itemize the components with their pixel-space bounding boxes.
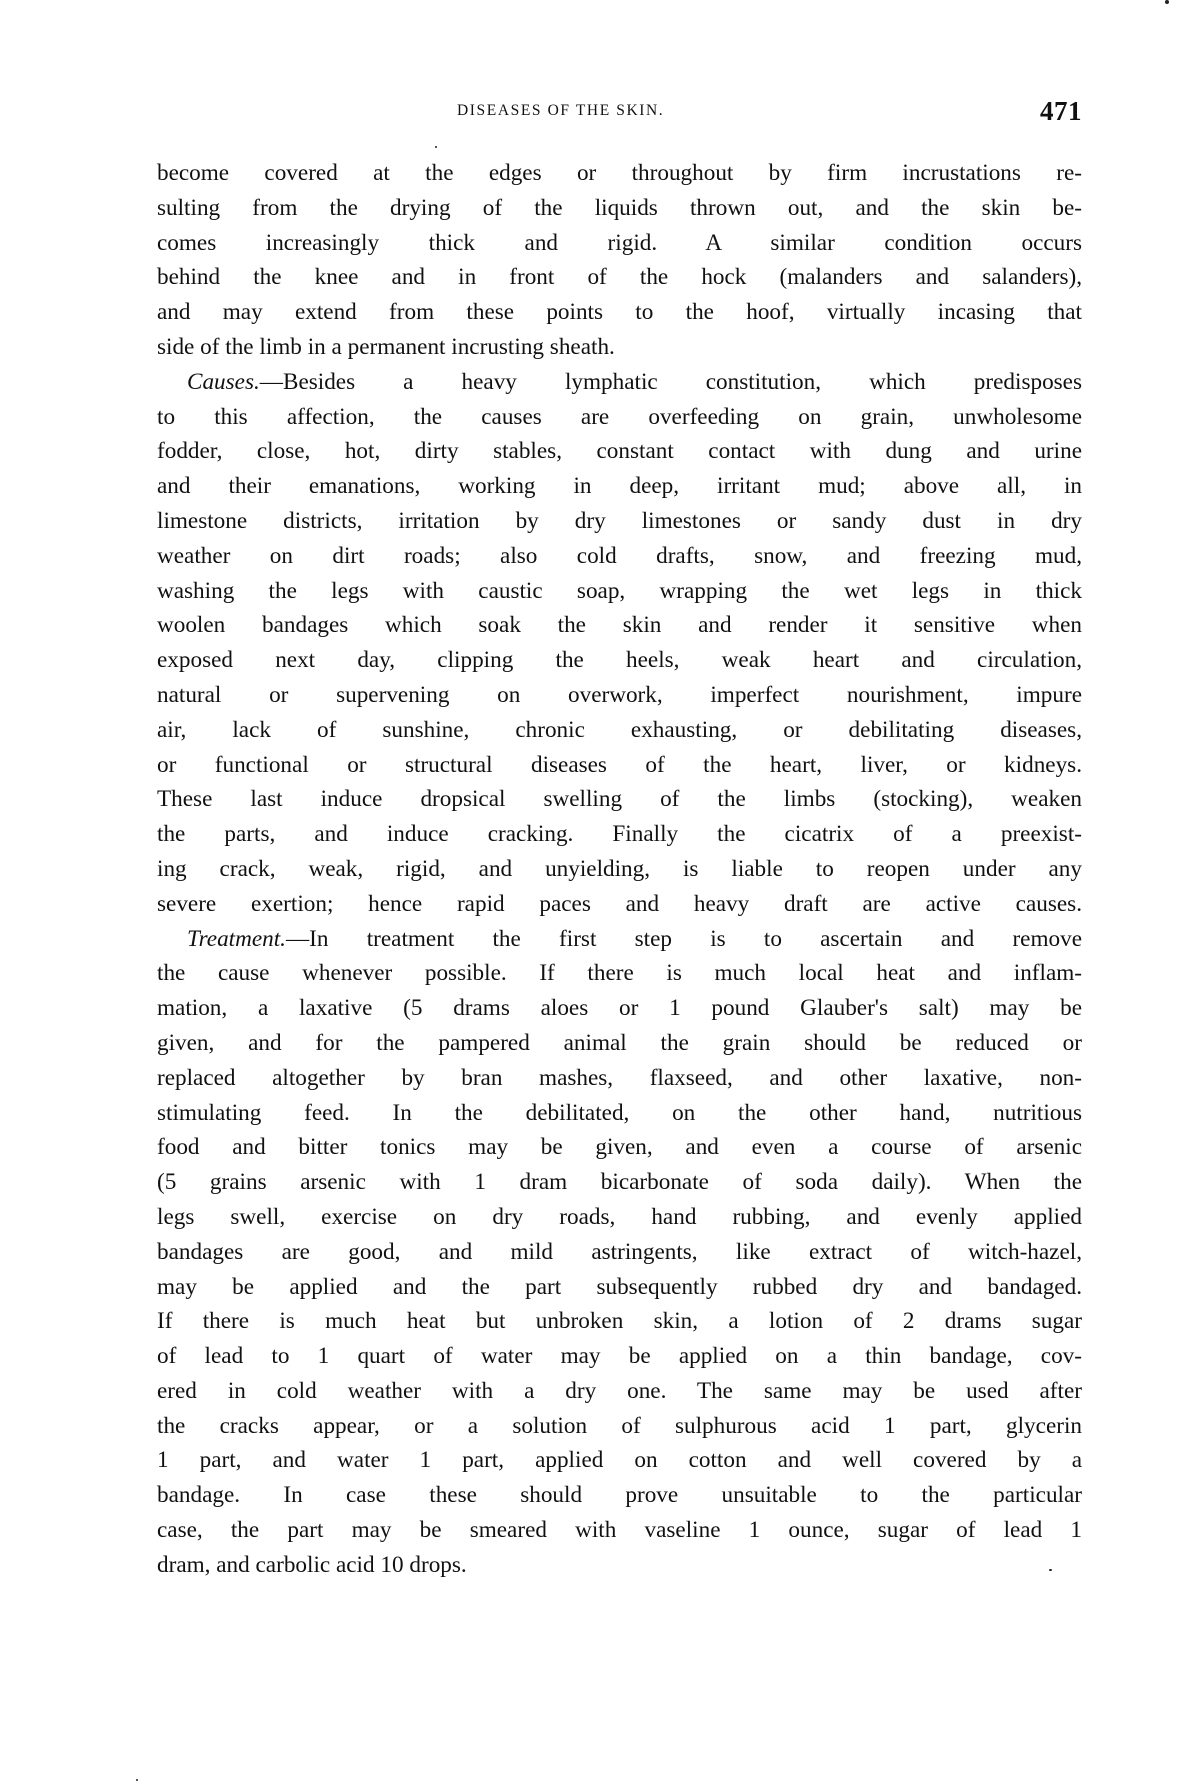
text-line: side of the limb in a permanent incrusti… (157, 330, 1082, 365)
text-line: If there is much heat but unbroken skin,… (157, 1304, 1082, 1339)
text-line: the parts, and induce cracking. Finally … (157, 817, 1082, 852)
scan-speck (1049, 1569, 1052, 1571)
text-line: stimulating feed. In the debilitated, on… (157, 1096, 1082, 1131)
text-line: sulting from the drying of the liquids t… (157, 191, 1082, 226)
book-page: DISEASES OF THE SKIN. 471 become covered… (0, 0, 1200, 1787)
text-line: and their emanations, working in deep, i… (157, 469, 1082, 504)
text-line: fodder, close, hot, dirty stables, const… (157, 434, 1082, 469)
running-title: DISEASES OF THE SKIN. (457, 102, 664, 120)
text-line: comes increasingly thick and rigid. A si… (157, 226, 1082, 261)
text-line: the cause whenever possible. If there is… (157, 956, 1082, 991)
text-line: (5 grains arsenic with 1 dram bicarbonat… (157, 1165, 1082, 1200)
text-line: exposed next day, clipping the heels, we… (157, 643, 1082, 678)
scan-speck (435, 146, 437, 148)
page-number: 471 (1040, 96, 1082, 127)
text-line: legs swell, exercise on dry roads, hand … (157, 1200, 1082, 1235)
text-line: ered in cold weather with a dry one. The… (157, 1374, 1082, 1409)
text-line: mation, a laxative (5 drams aloes or 1 p… (157, 991, 1082, 1026)
text-line: 1 part, and water 1 part, applied on cot… (157, 1443, 1082, 1478)
text-line: limestone districts, irritation by dry l… (157, 504, 1082, 539)
section-label-treatment: Treatment. (187, 926, 286, 952)
text-line: —Besides a heavy lymphatic constitution,… (260, 369, 1082, 395)
body-text: become covered at the edges or throughou… (157, 156, 1082, 1583)
text-line: case, the part may be smeared with vasel… (157, 1513, 1082, 1548)
text-line: the cracks appear, or a solution of sulp… (157, 1409, 1082, 1444)
text-line: become covered at the edges or throughou… (157, 156, 1082, 191)
text-line: These last induce dropsical swelling of … (157, 782, 1082, 817)
text-line: bandage. In case these should prove unsu… (157, 1478, 1082, 1513)
paragraph-opening-line: Causes.—Besides a heavy lymphatic consti… (157, 365, 1082, 400)
text-line: natural or supervening on overwork, impe… (157, 678, 1082, 713)
text-line: or functional or structural diseases of … (157, 748, 1082, 783)
text-line: woolen bandages which soak the skin and … (157, 608, 1082, 643)
text-line: of lead to 1 quart of water may be appli… (157, 1339, 1082, 1374)
text-line: weather on dirt roads; also cold drafts,… (157, 539, 1082, 574)
text-line: air, lack of sunshine, chronic exhaustin… (157, 713, 1082, 748)
text-line: behind the knee and in front of the hock… (157, 260, 1082, 295)
text-line: to this affection, the causes are overfe… (157, 400, 1082, 435)
text-line: bandages are good, and mild astringents,… (157, 1235, 1082, 1270)
scan-speck (1165, 0, 1169, 4)
paragraph-opening-line: Treatment.—In treatment the first step i… (157, 922, 1082, 957)
text-line: ing crack, weak, rigid, and unyielding, … (157, 852, 1082, 887)
text-line: and may extend from these points to the … (157, 295, 1082, 330)
text-line: food and bitter tonics may be given, and… (157, 1130, 1082, 1165)
running-head: DISEASES OF THE SKIN. 471 (157, 98, 1082, 128)
text-line: —In treatment the first step is to ascer… (286, 926, 1082, 952)
text-line: dram, and carbolic acid 10 drops. (157, 1548, 1082, 1583)
section-label-causes: Causes. (187, 369, 260, 395)
text-line: washing the legs with caustic soap, wrap… (157, 574, 1082, 609)
text-line: may be applied and the part subsequently… (157, 1270, 1082, 1305)
scan-speck (136, 1779, 138, 1781)
text-line: replaced altogether by bran mashes, flax… (157, 1061, 1082, 1096)
text-line: given, and for the pampered animal the g… (157, 1026, 1082, 1061)
text-line: severe exertion; hence rapid paces and h… (157, 887, 1082, 922)
